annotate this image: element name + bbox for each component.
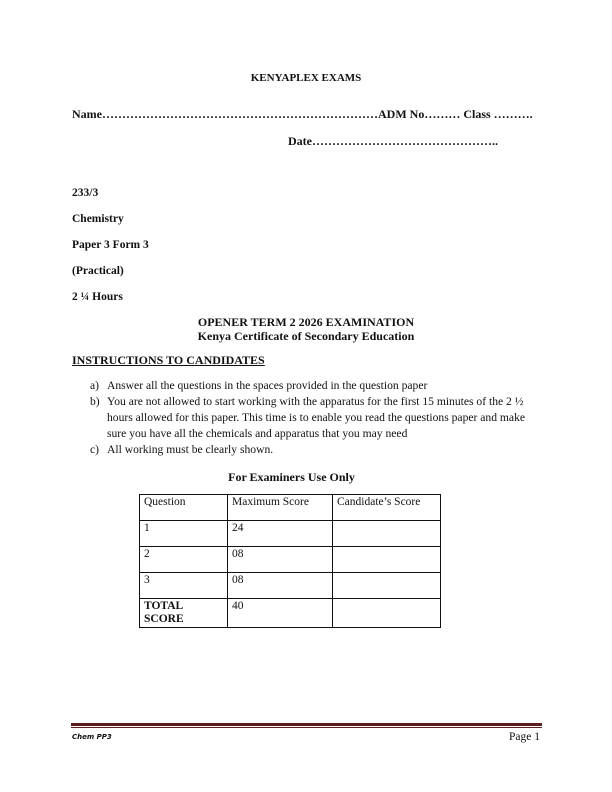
exam-subtitle: Kenya Certificate of Secondary Education [0, 329, 612, 343]
question-cell: 1 [140, 521, 228, 547]
table-row: 3 08 [140, 573, 441, 599]
document-title: KENYAPLEX EXAMS [0, 72, 612, 84]
column-header: Maximum Score [228, 495, 333, 521]
instruction-label: a) [90, 378, 107, 394]
name-adm-class-line: Name……………………………………………………………ADM No……… Cla… [72, 107, 533, 122]
subject: Chemistry [72, 213, 124, 225]
footer-rule-thin [71, 727, 542, 728]
date-line: Date……………………………………….. [288, 134, 498, 149]
instruction-item: c) All working must be clearly shown. [90, 442, 540, 458]
table-row: 2 08 [140, 547, 441, 573]
max-score-cell: 24 [228, 521, 333, 547]
instructions-heading: INSTRUCTIONS TO CANDIDATES [72, 353, 265, 368]
candidate-score-cell[interactable] [333, 521, 441, 547]
column-header: Candidate’s Score [333, 495, 441, 521]
instruction-item: b) You are not allowed to start working … [90, 394, 540, 442]
page-number: Page 1 [509, 731, 540, 743]
total-candidate-cell[interactable] [333, 599, 441, 628]
instruction-text: All working must be clearly shown. [107, 442, 540, 458]
table-header-row: Question Maximum Score Candidate’s Score [140, 495, 441, 521]
table-row: 1 24 [140, 521, 441, 547]
instruction-label: b) [90, 394, 107, 442]
instruction-label: c) [90, 442, 107, 458]
instructions-list: a) Answer all the questions in the space… [90, 378, 540, 458]
total-label-cell: TOTAL SCORE [140, 599, 228, 628]
total-row: TOTAL SCORE 40 [140, 599, 441, 628]
footer-paper-label: Chem PP3 [72, 733, 112, 741]
instruction-text: You are not allowed to start working wit… [107, 394, 540, 442]
max-score-cell: 08 [228, 547, 333, 573]
max-score-cell: 08 [228, 573, 333, 599]
instruction-text: Answer all the questions in the spaces p… [107, 378, 540, 394]
instruction-item: a) Answer all the questions in the space… [90, 378, 540, 394]
paper-type: (Practical) [72, 265, 124, 277]
duration: 2 ¼ Hours [72, 291, 123, 303]
total-max-cell: 40 [228, 599, 333, 628]
question-cell: 2 [140, 547, 228, 573]
examiners-score-table: Question Maximum Score Candidate’s Score… [139, 494, 441, 628]
candidate-score-cell[interactable] [333, 573, 441, 599]
question-cell: 3 [140, 573, 228, 599]
paper-form: Paper 3 Form 3 [72, 239, 149, 251]
exam-title: OPENER TERM 2 2026 EXAMINATION [0, 315, 612, 329]
column-header: Question [140, 495, 228, 521]
footer-rule [71, 723, 542, 726]
examiners-heading: For Examiners Use Only [0, 470, 583, 485]
candidate-score-cell[interactable] [333, 547, 441, 573]
paper-code: 233/3 [72, 187, 98, 199]
